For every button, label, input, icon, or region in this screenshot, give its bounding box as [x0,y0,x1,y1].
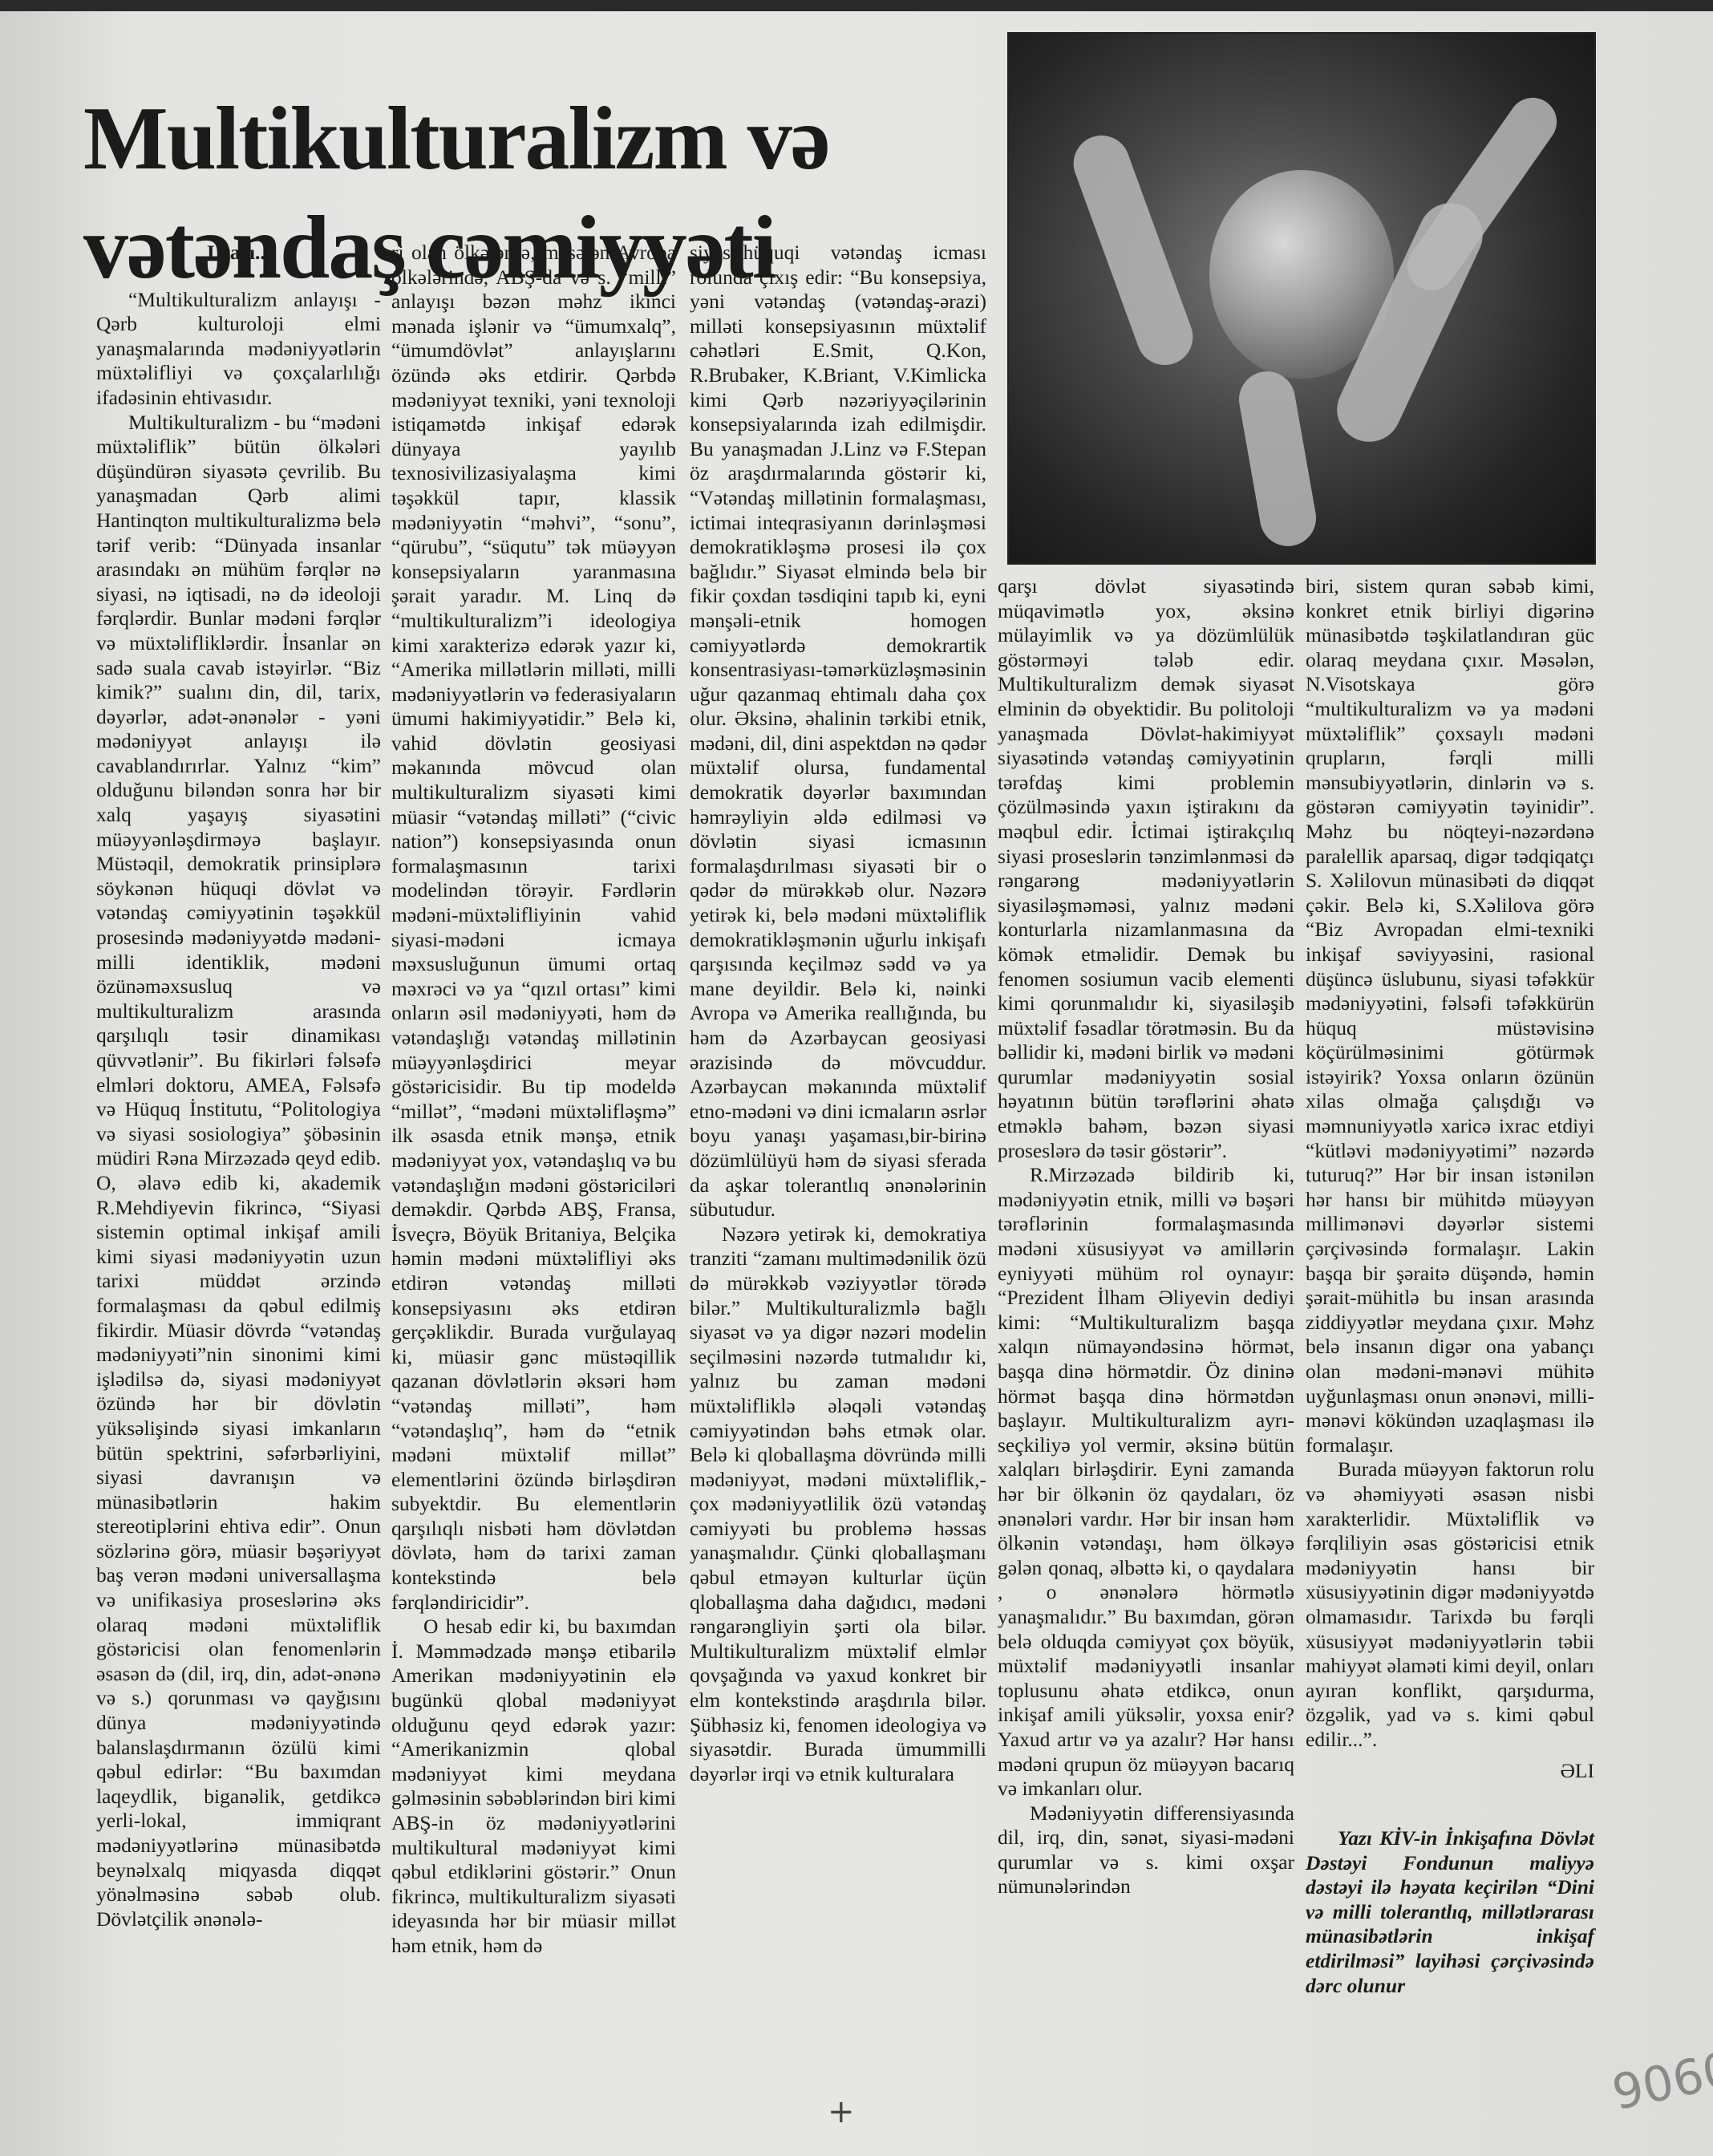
paragraph: siyasi-hüquqi vətəndaş icması rolunda çı… [690,241,986,1222]
paragraph: “Multikulturalizm anlayışı - Qərb kultur… [96,288,381,411]
article-photo [1007,32,1596,565]
funding-credit: Yazı KİV-in İnkişafına Dövlət Dəstəyi Fo… [1306,1826,1594,1998]
series-label: I yazı... [96,241,381,265]
column-2: ri olan ölkələrdə, məsələn Avropa ölkələ… [391,241,676,1959]
hand-shape [1234,367,1320,551]
column-5: biri, sistem quran səbəb kimi, konkret e… [1306,574,1594,1998]
paragraph: biri, sistem quran səbəb kimi, konkret e… [1306,574,1594,1457]
hand-shape [1066,128,1201,373]
newspaper-page: Multikulturalizm və vətəndaş cəmiyyəti I… [0,0,1713,2156]
top-border [0,0,1713,11]
column-1: I yazı... “Multikulturalizm anlayışı - Q… [96,241,381,1931]
author-signature: ƏLI [1306,1759,1594,1784]
paragraph: Burada müəyyən faktorun rolu və əhəmiyyə… [1306,1457,1594,1752]
paragraph: ri olan ölkələrdə, məsələn Avropa ölkələ… [391,241,676,1615]
title-line-1: Multikulturalizm və [83,84,1014,193]
handwritten-number: 9060 [1607,2041,1713,2122]
paragraph: R.Mirzəzadə bildirib ki, mədəniyyətin et… [998,1163,1294,1801]
paragraph: O hesab edir ki, bu baxımdan İ. Məmmədza… [391,1615,676,1958]
registration-mark: + [828,2093,855,2130]
column-3: siyasi-hüquqi vətəndaş icması rolunda çı… [690,241,986,1786]
paragraph: qarşı dövlət siyasətində müqavimətlə yox… [998,574,1294,1163]
paragraph: Multikulturalizm - bu “mədəni müxtəlifli… [96,411,381,1932]
paragraph: Nəzərə yetirək ki, demokratiya tranziti … [690,1222,986,1787]
hand-shape [1398,88,1566,300]
column-4: qarşı dövlət siyasətində müqavimətlə yox… [998,574,1294,1899]
paragraph: Mədəniyyətin differensiyasında dil, irq,… [998,1801,1294,1899]
